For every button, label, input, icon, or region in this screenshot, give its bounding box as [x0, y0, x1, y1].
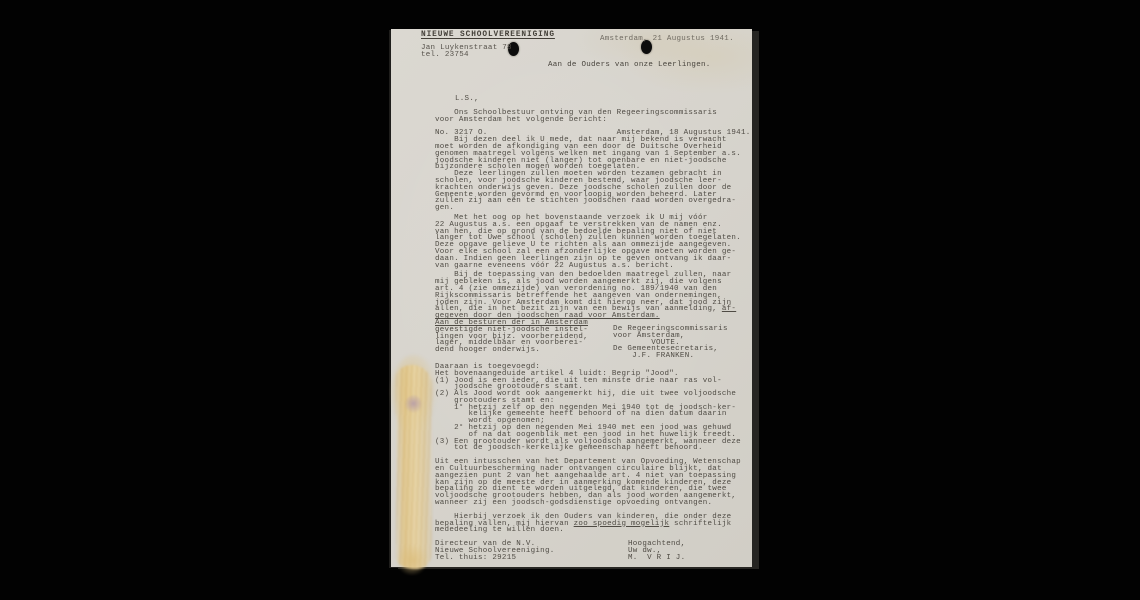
- letter-date: Amsterdam, 21 Augustus 1941.: [600, 36, 734, 43]
- definition-text: Bij de toepassing van den bedoelden maat…: [435, 271, 731, 313]
- paragraph-final-request: Hierbij verzoek ik den Ouders van kinder…: [435, 514, 748, 534]
- final-underlined: zoo spoedig mogelijk: [574, 520, 670, 528]
- stain-blob: [405, 395, 422, 414]
- phone-line: tel. 23754: [421, 51, 469, 59]
- signature-block: De Regeeringscommissaris voor Amsterdam,…: [613, 326, 728, 360]
- addressee-signature-block: Aan de besturen der in Amsterdam gevesti…: [435, 320, 748, 361]
- closing-sender: Directeur van de N.V. Nieuwe Schoolveree…: [435, 541, 748, 561]
- paragraph-definition: Bij de toepassing van den bedoelden maat…: [435, 272, 748, 320]
- letter-body: L.S., Ons Schoolbestuur ontving van den …: [435, 96, 748, 571]
- appendix-intro: Daaraan is toegevoegd: Het bovenaangedui…: [435, 364, 748, 378]
- letterhead-org-name: NIEUWE SCHOOLVEREENIGING: [421, 32, 555, 39]
- paragraph-schools: Deze leerlingen zullen moeten worden tez…: [435, 171, 748, 212]
- paragraph-intro: Ons Schoolbestuur ontving van den Regeer…: [435, 110, 748, 124]
- tape-stain-bottom: [395, 545, 429, 575]
- paragraph-request: Met het oog op het bovenstaande verzoek …: [435, 215, 748, 269]
- paragraph-announcement: Bij dezen deel ik U mede, dat naar mij b…: [435, 137, 748, 171]
- document-page: NIEUWE SCHOOLVEREENIGING Amsterdam, 21 A…: [391, 29, 752, 567]
- closing-block: Hoogachtend, Uw dw., M. V R I J. Directe…: [435, 541, 748, 571]
- letterhead-address: Jan Luykenstraat 78 tel. 23754: [421, 45, 512, 59]
- addressee-rest: gevestigde niet-joodsche instel- lingen …: [435, 326, 588, 354]
- closing-signature: Hoogachtend, Uw dw., M. V R I J.: [628, 541, 685, 561]
- definition-underline-start: af-: [722, 305, 736, 313]
- recipient-line: Aan de Ouders van onze Leerlingen.: [548, 62, 711, 69]
- article-4-items: (1) Jood is een ieder, die uit ten minst…: [435, 378, 748, 453]
- paragraph-circular: Uit een intusschen van het Departement v…: [435, 459, 748, 507]
- photo-background: NIEUWE SCHOOLVEREENIGING Amsterdam, 21 A…: [0, 0, 1140, 600]
- salutation: L.S.,: [455, 96, 748, 103]
